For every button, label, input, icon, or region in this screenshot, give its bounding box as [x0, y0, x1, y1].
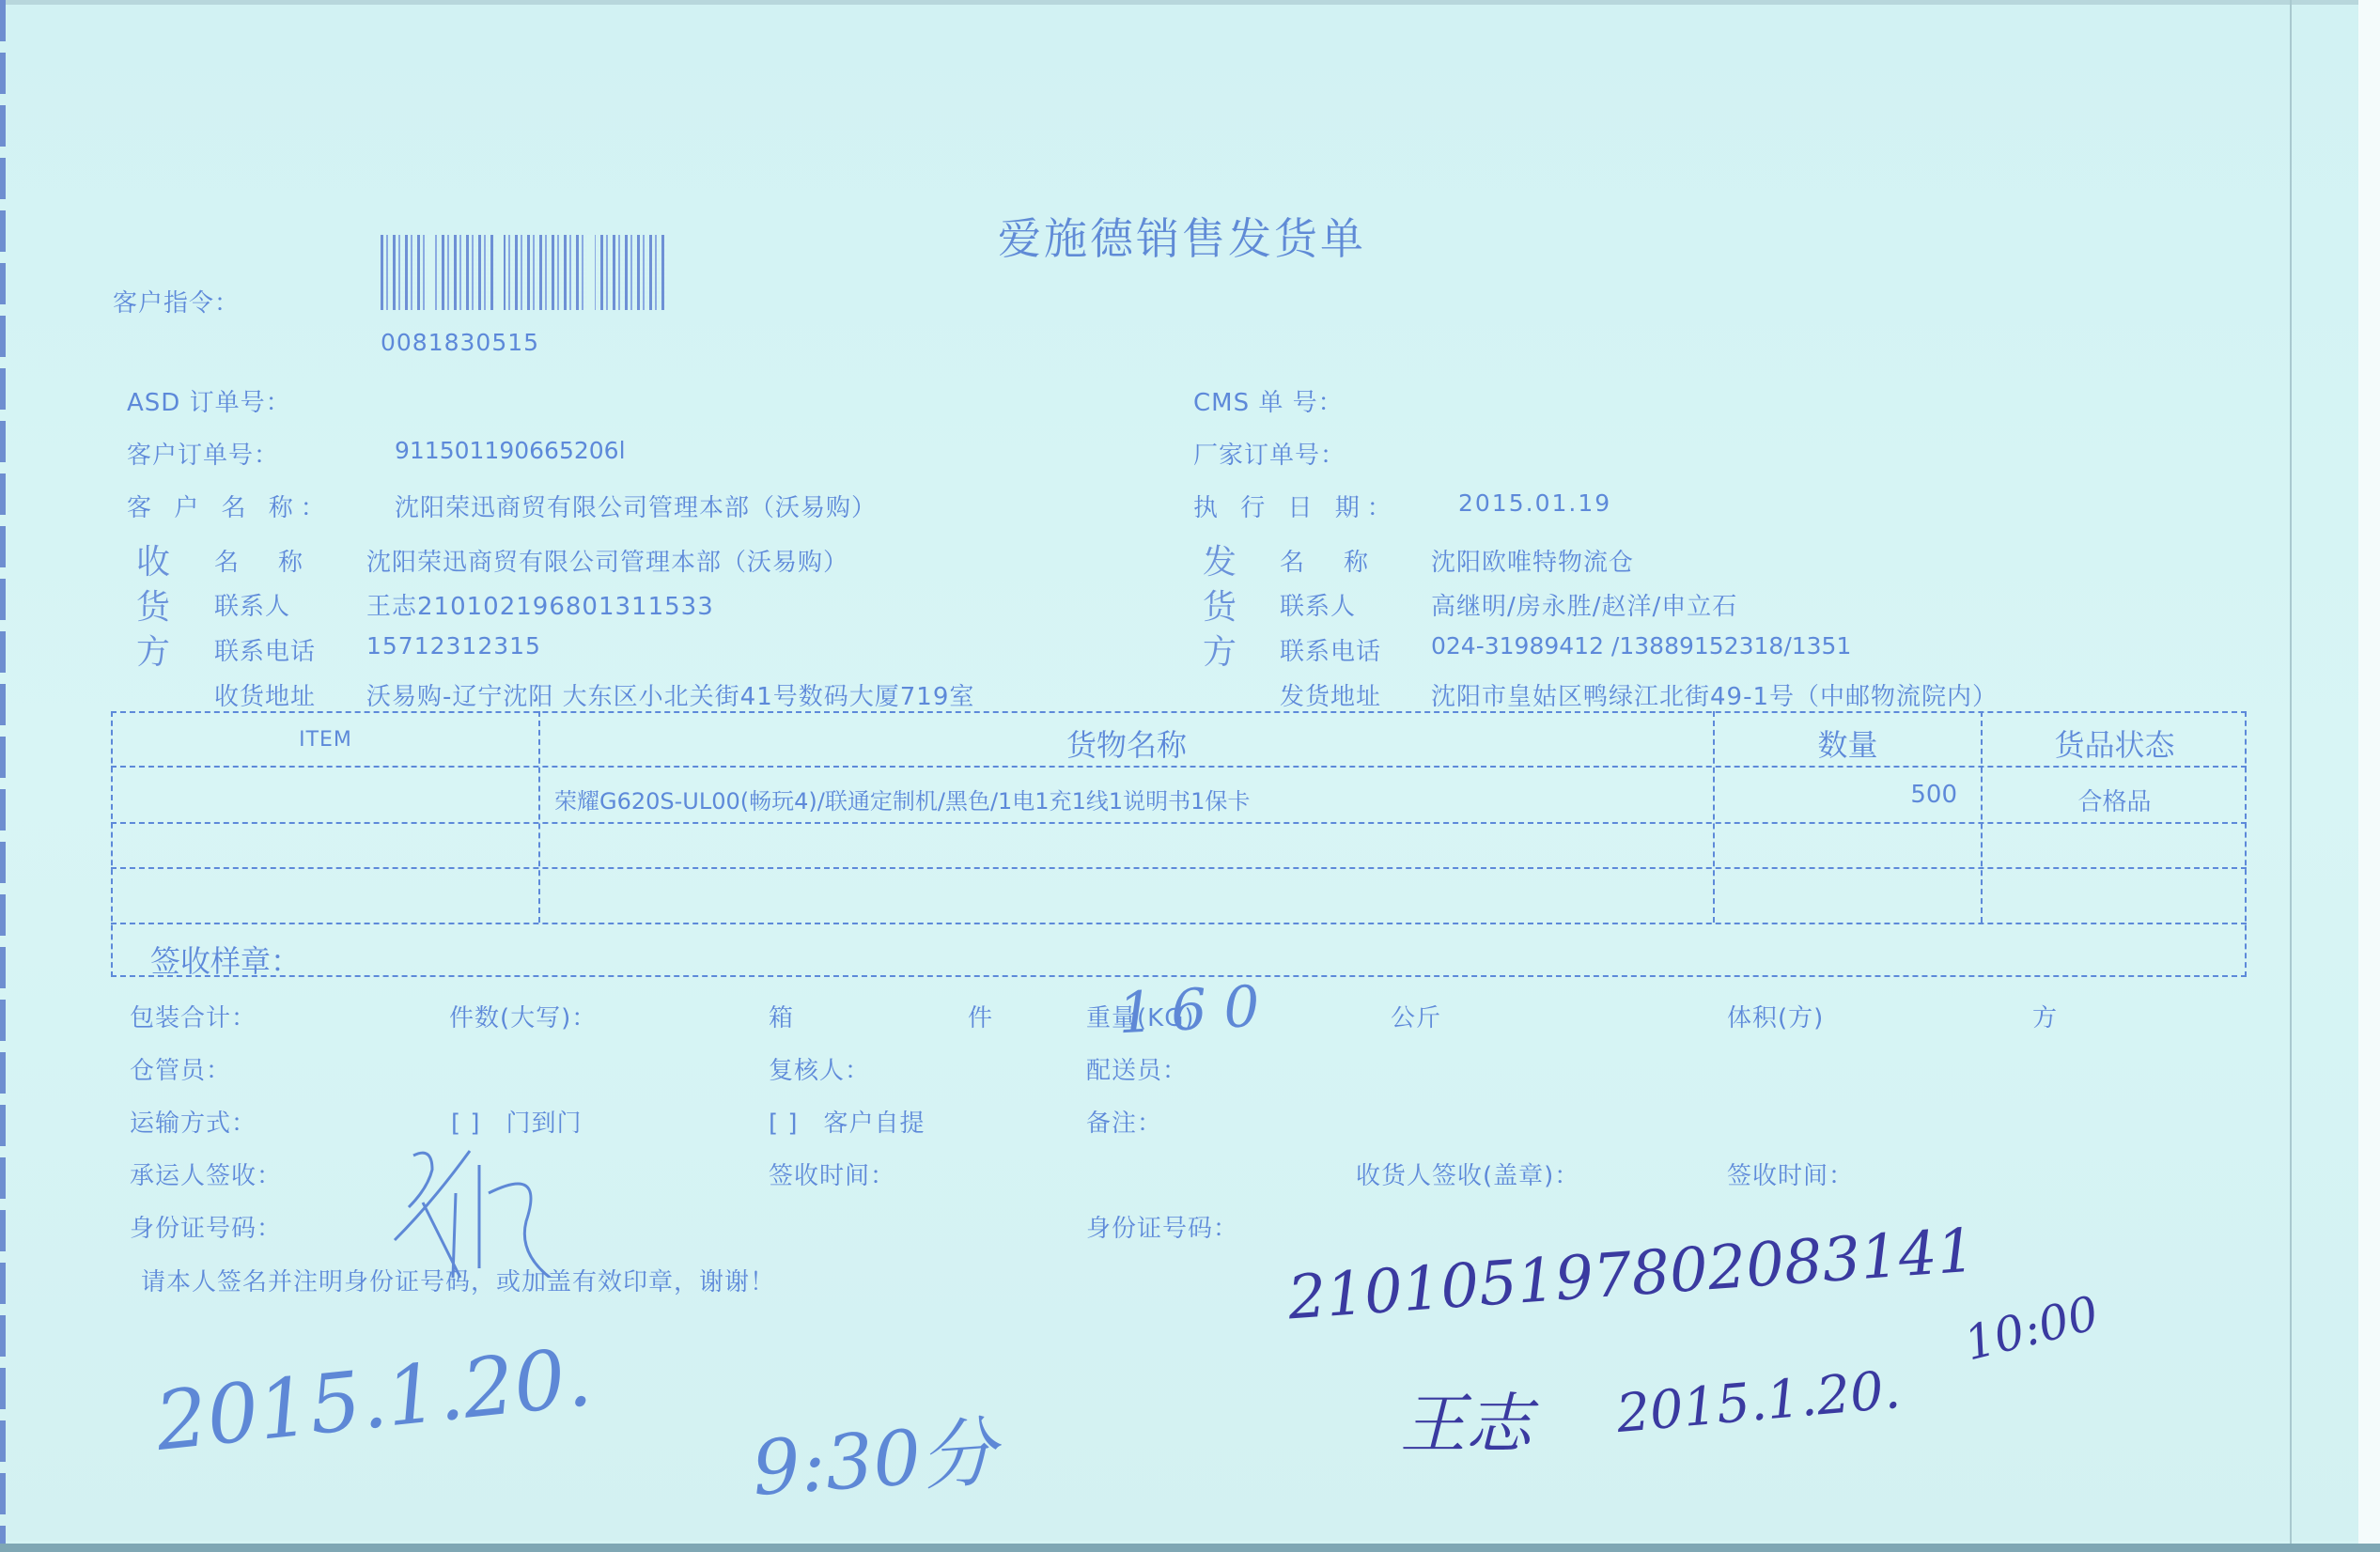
factory-order-label: 厂家订单号：	[1193, 436, 1346, 471]
package-total-label: 包装合计：	[130, 999, 257, 1033]
receiver-phone-label: 联系电话	[214, 632, 316, 667]
receiver-side-char: 方	[136, 626, 170, 674]
barcode-gap	[587, 235, 595, 310]
table-header-status: 货品状态	[1983, 722, 2247, 765]
customer-instruction-label: 客户指令：	[113, 284, 240, 318]
pieces-label: 件数(大写)：	[449, 999, 597, 1033]
right-margin	[2358, 0, 2380, 1552]
barcode	[381, 235, 667, 310]
receiver-address-label: 收货地址	[214, 677, 316, 712]
piece-label: 件	[968, 999, 993, 1033]
transport-label: 运输方式：	[130, 1104, 257, 1139]
asd-order-label: ASD 订单号：	[127, 383, 291, 418]
sender-name: 沈阳欧唯特物流仓	[1431, 543, 1634, 578]
cms-no-label: CMS 单 号：	[1193, 383, 1344, 418]
carrier-sign-label: 承运人签收：	[130, 1156, 282, 1191]
customer-order-value: 911501190665206l	[395, 437, 626, 464]
table-header-qty: 数量	[1715, 722, 1981, 765]
sign-time-label: 签收时间：	[769, 1156, 895, 1191]
warehouse-keeper-label: 仓管员：	[130, 1051, 231, 1086]
id-number-label-right: 身份证号码：	[1086, 1209, 1238, 1244]
table-header-name: 货物名称	[540, 722, 1713, 765]
receiver-phone: 15712312315	[366, 632, 541, 660]
sender-side-char: 发	[1203, 535, 1237, 583]
sender-contact-label: 联系人	[1280, 587, 1356, 622]
right-perforation-line	[2290, 0, 2292, 1545]
handwritten-receiver-signature: 王志	[1400, 1372, 1532, 1467]
sender-contact: 高继明/房永胜/赵洋/申立石	[1431, 587, 1737, 622]
carrier-signature-strokes	[385, 1137, 573, 1278]
receiver-contact-label: 联系人	[214, 587, 290, 622]
reviewer-label: 复核人：	[769, 1051, 870, 1086]
handwritten-weight: 160	[1116, 973, 1278, 1048]
sender-side-char: 方	[1203, 626, 1237, 674]
deliverer-label: 配送员：	[1086, 1051, 1188, 1086]
exec-date-label: 执 行 日 期：	[1193, 489, 1399, 523]
weight-unit: 公斤	[1391, 999, 1441, 1033]
sender-phone: 024-31989412 /13889152318/1351	[1431, 632, 1851, 660]
table-rule	[111, 822, 2247, 824]
table-rule	[111, 766, 2247, 768]
customer-order-label: 客户订单号：	[127, 436, 279, 471]
barcode-number: 0081830515	[381, 329, 539, 356]
document-title: 爱施德销售发货单	[998, 205, 1366, 267]
receiver-address: 沃易购-辽宁沈阳 大东区小北关街41号数码大厦719室	[366, 677, 974, 712]
handwritten-carrier-time: 9:30分	[748, 1391, 999, 1516]
customer-name-value: 沈阳荣迅商贸有限公司管理本部（沃易购）	[395, 489, 877, 523]
exec-date-value: 2015.01.19	[1458, 489, 1611, 517]
receiver-sign-label: 收货人签收(盖章)：	[1356, 1156, 1579, 1191]
volume-unit: 方	[2032, 999, 2058, 1033]
left-perforation	[0, 0, 6, 1545]
sender-address-label: 发货地址	[1280, 677, 1381, 712]
stamp-label: 签收样章：	[150, 938, 301, 981]
row-qty: 500	[1715, 781, 1957, 809]
table-header-item: ITEM	[113, 728, 538, 752]
remark-label: 备注：	[1086, 1104, 1162, 1139]
receiver-contact: 王志210102196801311533	[366, 587, 714, 622]
receiver-name: 沈阳荣迅商贸有限公司管理本部（沃易购）	[366, 543, 848, 578]
row-status: 合格品	[1983, 783, 2247, 817]
receiver-sign-time-label: 签收时间：	[1727, 1156, 1854, 1191]
option-customer-pickup[interactable]: [ ] 客户自提	[769, 1104, 926, 1139]
sender-address: 沈阳市皇姑区鸭绿江北街49-1号（中邮物流院内）	[1431, 677, 1998, 712]
customer-name-label: 客 户 名 称：	[127, 489, 333, 523]
row-goods-name: 荣耀G620S-UL00(畅玩4)/联通定制机/黑色/1电1充1线1说明书1保卡	[554, 783, 1250, 815]
receiver-name-label: 名 称	[214, 543, 310, 578]
sender-phone-label: 联系电话	[1280, 632, 1381, 667]
receiver-side-char: 货	[136, 581, 170, 629]
id-number-label-left: 身份证号码：	[130, 1209, 282, 1244]
barcode-gap	[496, 235, 504, 310]
table-rule	[111, 867, 2247, 869]
paper-top-edge	[0, 0, 2358, 5]
sender-name-label: 名 称	[1280, 543, 1376, 578]
paper-bottom-edge	[0, 1544, 2380, 1552]
sender-side-char: 货	[1203, 581, 1237, 629]
option-door-to-door[interactable]: [ ] 门到门	[451, 1104, 583, 1139]
receiver-side-char: 收	[136, 535, 170, 583]
table-rule	[111, 923, 2247, 924]
volume-label: 体积(方)	[1727, 999, 1824, 1033]
box-label: 箱	[769, 999, 794, 1033]
barcode-gap	[428, 235, 435, 310]
